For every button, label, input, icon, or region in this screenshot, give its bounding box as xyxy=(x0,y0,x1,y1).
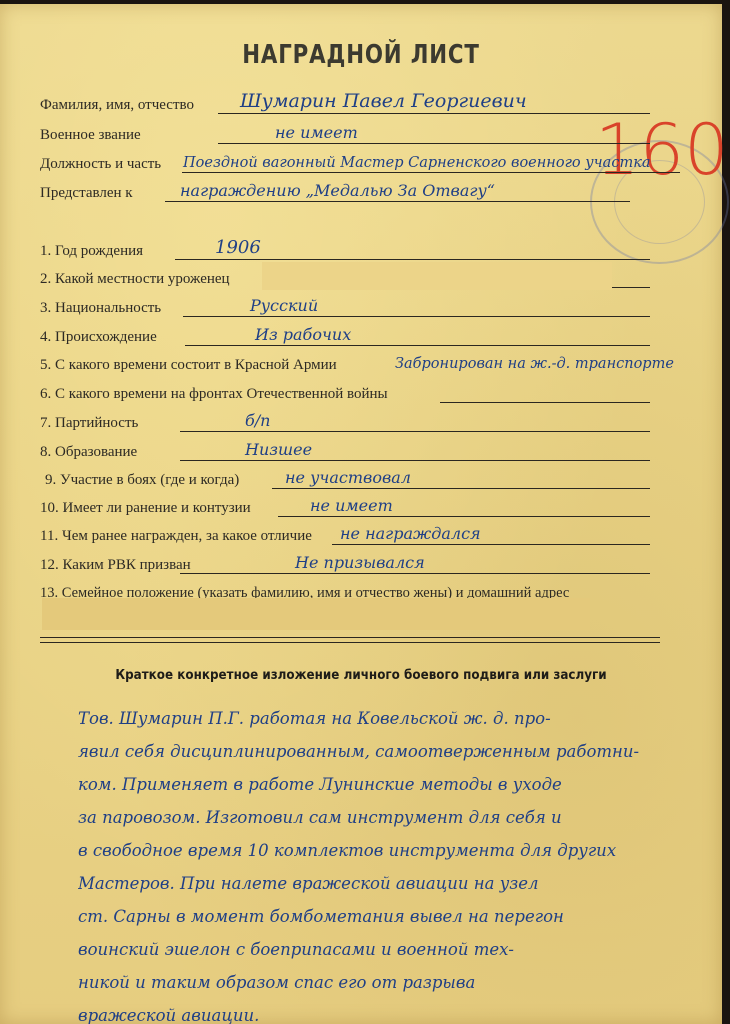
field-label: 4. Происхождение xyxy=(40,329,157,346)
field-underline xyxy=(183,316,650,317)
field-underline xyxy=(272,488,650,489)
field-value: Забронирован на ж.-д. транспорте xyxy=(395,356,674,372)
field-nominated-for: Представлен к награждению „Медалью За От… xyxy=(40,182,670,206)
field-value: б/п xyxy=(245,411,270,430)
field-label: Фамилия, имя, отчество xyxy=(40,97,194,114)
field-underline xyxy=(185,345,650,346)
field-label: 5. С какого времени состоит в Красной Ар… xyxy=(40,357,337,374)
field-value: не имеет xyxy=(275,123,358,142)
document-title: НАГРАДНОЙ ЛИСТ xyxy=(65,40,657,70)
field-origin: 4. Происхождение Из рабочих xyxy=(40,326,650,350)
narrative-line: ком. Применяет в работе Лунинские методы… xyxy=(78,768,688,801)
field-underline xyxy=(332,544,650,545)
field-underline xyxy=(165,201,630,202)
field-label: 2. Какой местности уроженец xyxy=(40,271,230,288)
field-label: 7. Партийность xyxy=(40,415,138,432)
redaction-block xyxy=(262,262,612,290)
field-underline xyxy=(180,460,650,461)
narrative-line: за паровозом. Изготовил сам инструмент д… xyxy=(78,801,688,834)
field-value: Поездной вагонный Мастер Сарненского вое… xyxy=(183,155,651,171)
field-value: не участвовал xyxy=(285,468,411,487)
field-underline-double xyxy=(40,637,660,643)
field-birth-year: 1. Год рождения 1906 xyxy=(40,240,650,264)
field-underline xyxy=(218,143,650,144)
field-value: Из рабочих xyxy=(255,325,351,344)
field-education: 8. Образование Низшее xyxy=(40,441,650,465)
field-value: не имеет xyxy=(310,496,393,515)
field-value: не награждался xyxy=(340,524,481,543)
field-birthplace: 2. Какой местности уроженец xyxy=(40,268,650,292)
redaction-block xyxy=(42,598,590,630)
field-value: Не призывался xyxy=(295,553,425,572)
field-value: 1906 xyxy=(215,237,261,258)
field-label: 1. Год рождения xyxy=(40,243,143,260)
field-label: Должность и часть xyxy=(40,156,161,173)
narrative-line: Мастеров. При налете вражеской авиации н… xyxy=(78,867,688,900)
field-red-army-since: 5. С какого времени состоит в Красной Ар… xyxy=(40,354,680,378)
field-value: Русский xyxy=(250,296,318,315)
field-party: 7. Партийность б/п xyxy=(40,412,650,436)
field-wounds: 10. Имеет ли ранение и контузии не имеет xyxy=(40,497,650,521)
field-underline xyxy=(180,573,650,574)
field-underline xyxy=(440,402,650,403)
field-nationality: 3. Национальность Русский xyxy=(40,297,650,321)
field-label: 11. Чем ранее награжден, за какое отличи… xyxy=(40,528,312,545)
field-previous-awards: 11. Чем ранее награжден, за какое отличи… xyxy=(40,525,650,549)
field-military-rank: Военное звание не имеет xyxy=(40,124,670,148)
field-combat-participation: 9. Участие в боях (где и когда) не участ… xyxy=(40,469,650,493)
narrative-line: ст. Сарны в момент бомбометания вывел на… xyxy=(78,900,688,933)
narrative-line: вражеской авиации. xyxy=(78,999,688,1024)
field-label: 8. Образование xyxy=(40,444,137,461)
field-front-since: 6. С какого времени на фронтах Отечестве… xyxy=(40,383,650,407)
section-heading: Краткое конкретное изложение личного бое… xyxy=(29,668,693,683)
field-underline xyxy=(175,259,650,260)
narrative-line: воинский эшелон с боеприпасами и военной… xyxy=(78,933,688,966)
narrative-line: Тов. Шумарин П.Г. работая на Ковельской … xyxy=(78,702,688,735)
field-label: Военное звание xyxy=(40,127,141,144)
field-label: 9. Участие в боях (где и когда) xyxy=(45,472,239,489)
field-value: Шумарин Павел Георгиевич xyxy=(240,90,527,112)
field-label: 3. Национальность xyxy=(40,300,161,317)
narrative-text: Тов. Шумарин П.Г. работая на Ковельской … xyxy=(78,702,688,1024)
field-value: награждению „Медалью За Отвагу“ xyxy=(180,181,495,200)
field-label: 12. Каким РВК призван xyxy=(40,557,191,574)
field-value: Низшее xyxy=(245,440,312,459)
field-underline xyxy=(278,516,650,517)
field-full-name: Фамилия, имя, отчество Шумарин Павел Гео… xyxy=(40,94,670,118)
field-underline xyxy=(218,113,650,114)
narrative-line: в свободное время 10 комплектов инструме… xyxy=(78,834,688,867)
narrative-line: никой и таким образом спас его от разрыв… xyxy=(78,966,688,999)
field-label: Представлен к xyxy=(40,185,133,202)
field-position-unit: Должность и часть Поездной вагонный Маст… xyxy=(40,153,680,177)
narrative-line: явил себя дисциплинированным, самоотверж… xyxy=(78,735,688,768)
field-label: 10. Имеет ли ранение и контузии xyxy=(40,500,251,517)
field-conscription-office: 12. Каким РВК призван Не призывался xyxy=(40,554,650,578)
field-underline xyxy=(180,431,650,432)
field-underline xyxy=(182,172,680,173)
field-label: 6. С какого времени на фронтах Отечестве… xyxy=(40,386,388,403)
